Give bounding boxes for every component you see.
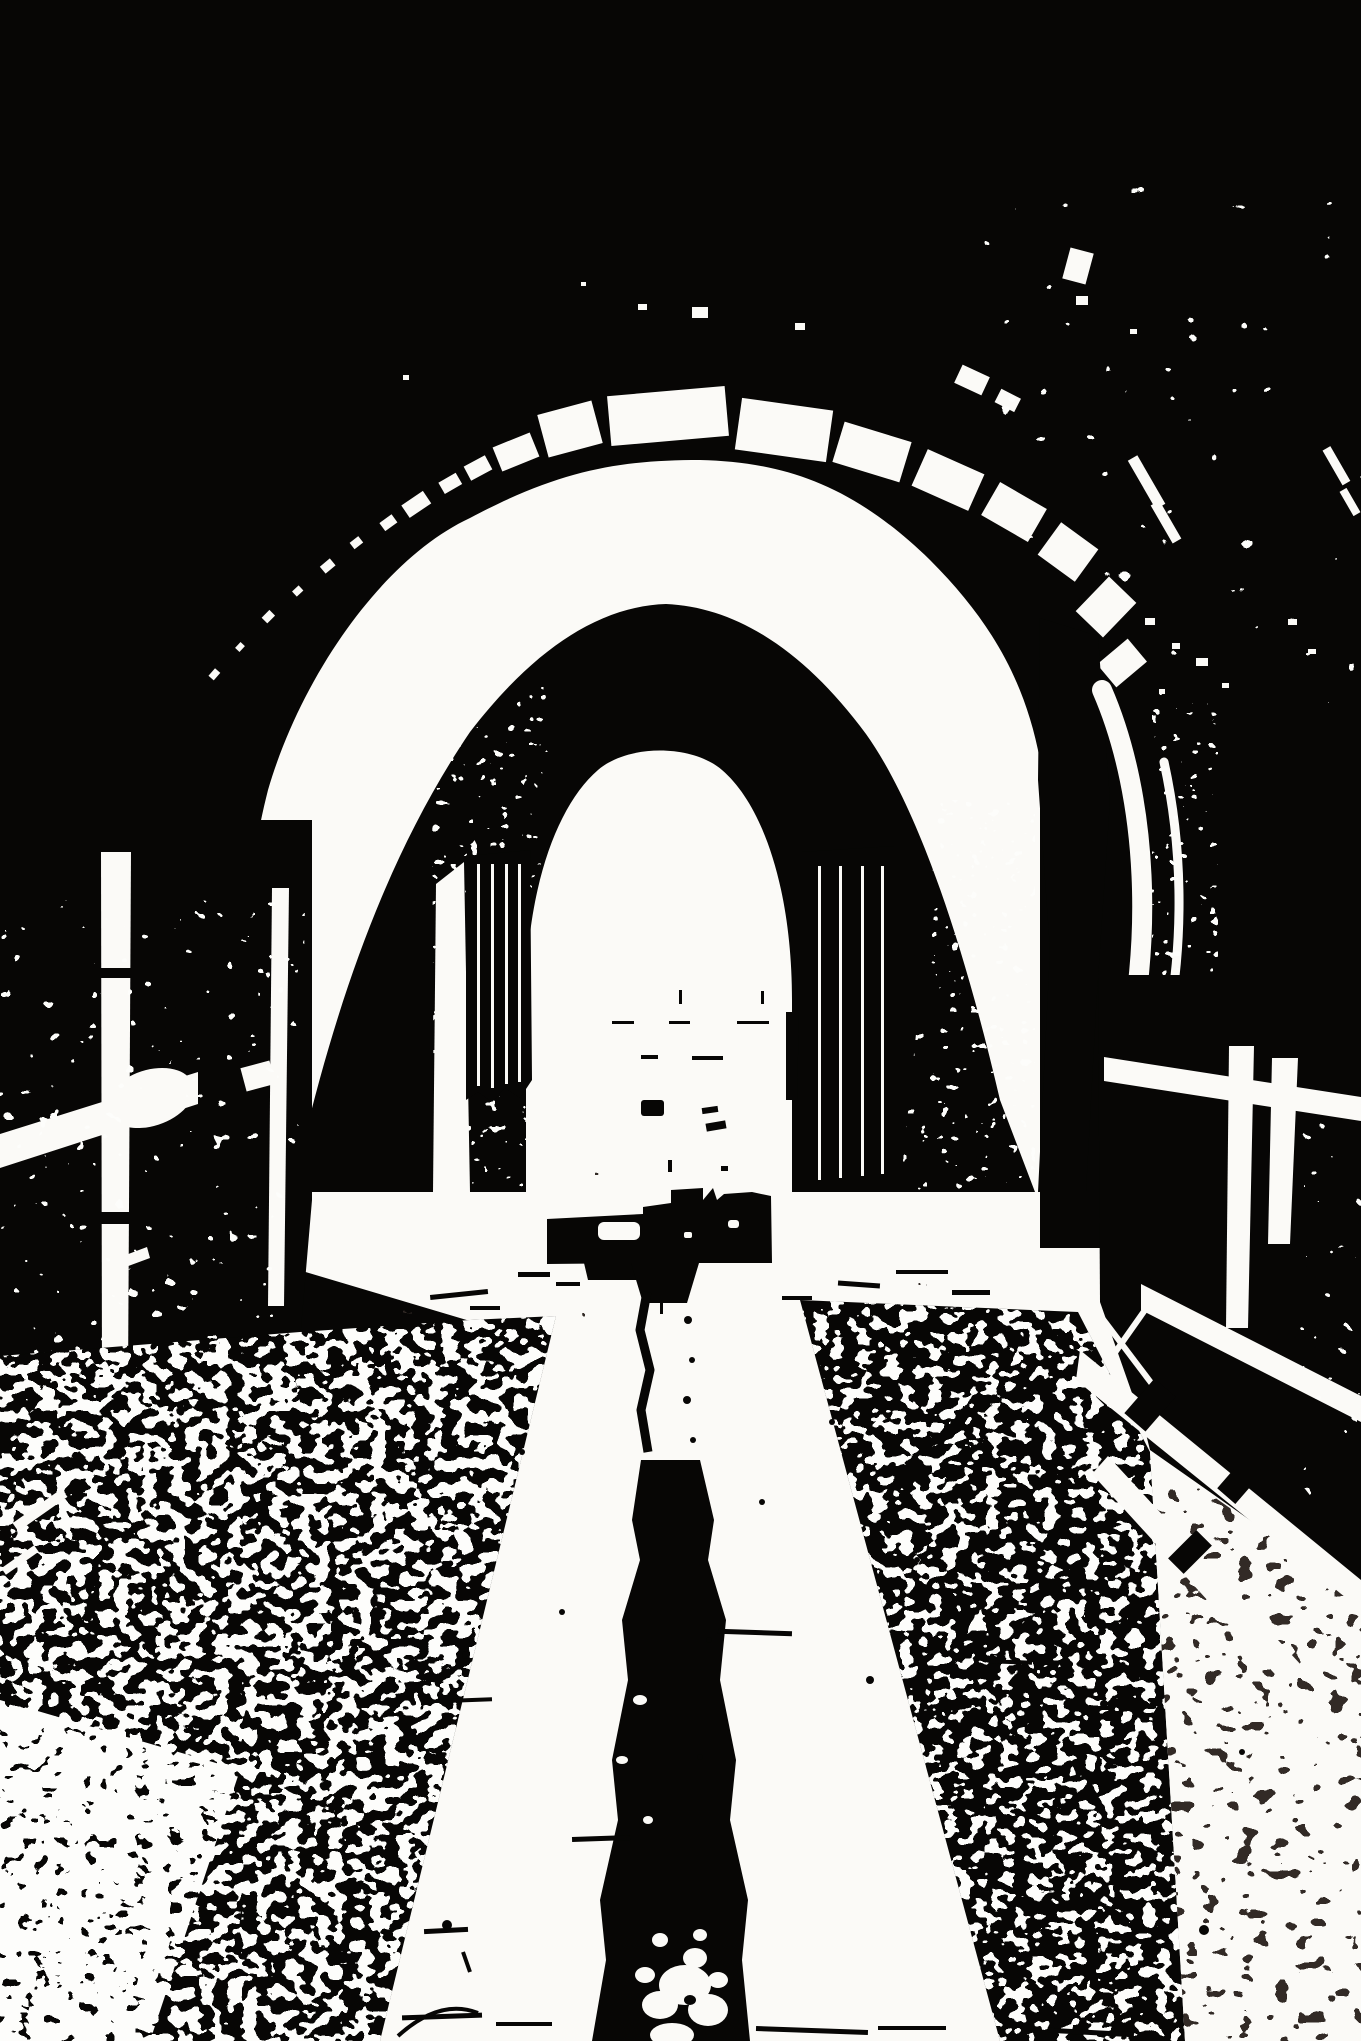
gate-latch-box: [641, 1100, 664, 1116]
stylized-photo: [0, 0, 1361, 2041]
left-gate-slats: [466, 850, 532, 1102]
threshold-debris-left: [455, 1098, 600, 1196]
right-fence-glints: [1298, 1088, 1361, 1560]
gate-post: [786, 1012, 799, 1100]
bench-pedestal: [631, 1263, 699, 1303]
threshold-debris-right: [782, 1140, 900, 1196]
